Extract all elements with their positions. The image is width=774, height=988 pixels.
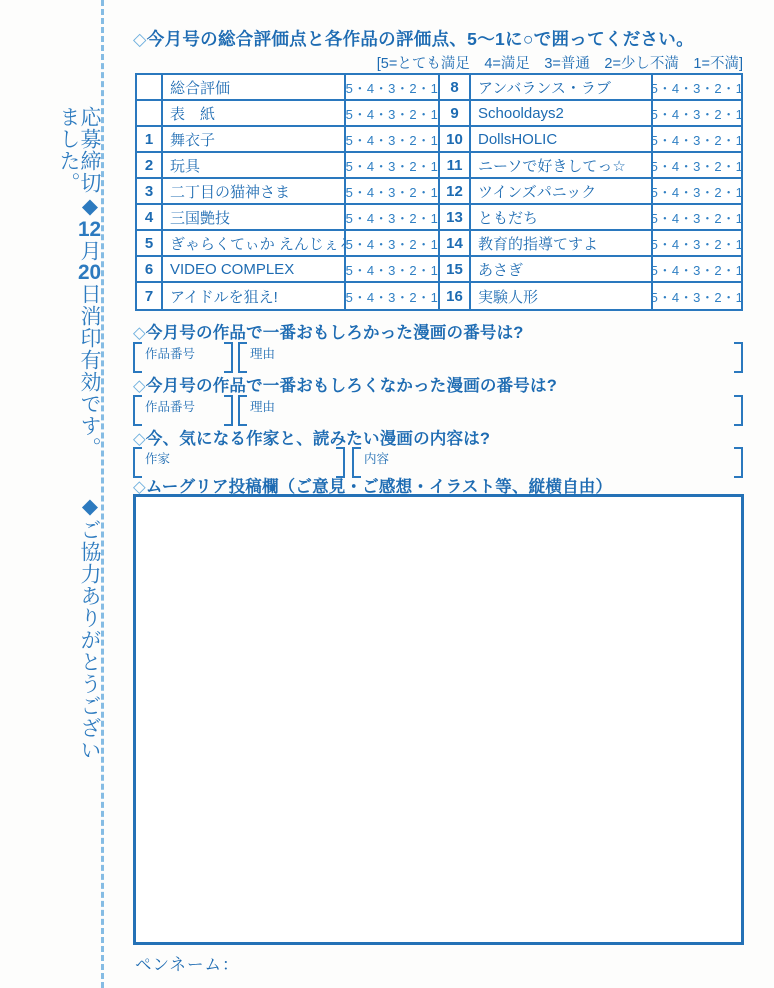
- work-title: 玩具: [163, 153, 346, 177]
- work-title: 教育的指導てすよ: [471, 231, 653, 255]
- table-row: 13ともだち5・4・3・2・1: [440, 205, 741, 231]
- rating-scale[interactable]: 5・4・3・2・1: [346, 205, 438, 229]
- open-bracket: [238, 342, 247, 373]
- rating-scale[interactable]: 5・4・3・2・1: [346, 101, 438, 125]
- table-row: 3二丁目の猫神さま5・4・3・2・1: [137, 179, 438, 205]
- work-title: 舞衣子: [163, 127, 346, 151]
- cut-dashed-line: [101, 0, 104, 988]
- close-bracket: [734, 342, 743, 373]
- table-row: 8アンバランス・ラブ5・4・3・2・1: [440, 75, 741, 101]
- rating-scale[interactable]: 5・4・3・2・1: [653, 205, 741, 229]
- question-author-label: ◇今、気になる作家と、読みたい漫画の内容は?: [133, 425, 490, 449]
- rating-scale[interactable]: 5・4・3・2・1: [653, 179, 741, 203]
- worst-work-reason-field[interactable]: 理由: [238, 395, 743, 426]
- table-row: 4三国艶技5・4・3・2・1: [137, 205, 438, 231]
- table-row: 12ツインズパニック5・4・3・2・1: [440, 179, 741, 205]
- diamond-icon: ◇: [133, 324, 146, 342]
- table-row: 15あさぎ5・4・3・2・1: [440, 257, 741, 283]
- rating-scale[interactable]: 5・4・3・2・1: [346, 179, 438, 203]
- close-bracket: [224, 342, 233, 373]
- work-title: 実験人形: [471, 283, 653, 309]
- work-title: 三国艶技: [163, 205, 346, 229]
- worst-work-number-field[interactable]: 作品番号: [133, 395, 233, 426]
- table-row: 2玩具5・4・3・2・1: [137, 153, 438, 179]
- rating-table-right: 8アンバランス・ラブ5・4・3・2・1 9Schooldays25・4・3・2・…: [438, 73, 743, 311]
- table-row: 総合評価5・4・3・2・1: [137, 75, 438, 101]
- reader-survey-form: 応募締切◆12月20日消印有効です。 ◆ご協力ありがとうございました。 ◇今月号…: [0, 0, 774, 988]
- table-row: 10DollsHOLIC5・4・3・2・1: [440, 127, 741, 153]
- rating-scale[interactable]: 5・4・3・2・1: [653, 257, 741, 281]
- table-row: 表 紙5・4・3・2・1: [137, 101, 438, 127]
- work-title: ぎゃらくてぃか えんじぇる!: [163, 231, 346, 255]
- diamond-icon: ◇: [133, 377, 146, 395]
- work-title: VIDEO COMPLEX: [163, 257, 346, 281]
- open-bracket: [133, 342, 142, 373]
- work-title: DollsHOLIC: [471, 127, 653, 151]
- rating-scale[interactable]: 5・4・3・2・1: [346, 257, 438, 281]
- work-title: 表 紙: [163, 101, 346, 125]
- work-title: 総合評価: [163, 75, 346, 99]
- best-work-number-field[interactable]: 作品番号: [133, 342, 233, 373]
- diamond-icon: ◇: [133, 29, 147, 49]
- rating-scale[interactable]: 5・4・3・2・1: [653, 231, 741, 255]
- rating-legend: [5=とても満足 4=満足 3=普通 2=少し不満 1=不満]: [133, 52, 743, 73]
- table-row: 11ニーソで好きしてっ☆5・4・3・2・1: [440, 153, 741, 179]
- rating-scale[interactable]: 5・4・3・2・1: [346, 283, 438, 309]
- close-bracket: [734, 447, 743, 478]
- rating-table-left: 総合評価5・4・3・2・1 表 紙5・4・3・2・1 1舞衣子5・4・3・2・1…: [135, 73, 438, 311]
- open-bracket: [238, 395, 247, 426]
- table-row: 9Schooldays25・4・3・2・1: [440, 101, 741, 127]
- work-title: アンバランス・ラブ: [471, 75, 653, 99]
- table-row: 5ぎゃらくてぃか えんじぇる!5・4・3・2・1: [137, 231, 438, 257]
- pen-name-label: ペンネーム：: [135, 951, 240, 975]
- work-title: Schooldays2: [471, 101, 653, 125]
- rating-scale[interactable]: 5・4・3・2・1: [653, 101, 741, 125]
- rating-table: 総合評価5・4・3・2・1 表 紙5・4・3・2・1 1舞衣子5・4・3・2・1…: [135, 73, 743, 311]
- table-row: 6VIDEO COMPLEX5・4・3・2・1: [137, 257, 438, 283]
- submission-freeform-box[interactable]: [133, 494, 744, 945]
- work-title: ツインズパニック: [471, 179, 653, 203]
- rating-scale[interactable]: 5・4・3・2・1: [653, 127, 741, 151]
- diamond-icon: ◇: [133, 430, 146, 448]
- rating-scale[interactable]: 5・4・3・2・1: [346, 75, 438, 99]
- rating-scale[interactable]: 5・4・3・2・1: [653, 75, 741, 99]
- table-row: 7アイドルを狙え!5・4・3・2・1: [137, 283, 438, 309]
- open-bracket: [133, 395, 142, 426]
- rating-scale[interactable]: 5・4・3・2・1: [653, 153, 741, 177]
- work-title: 二丁目の猫神さま: [163, 179, 346, 203]
- work-title: ともだち: [471, 205, 653, 229]
- table-row: 1舞衣子5・4・3・2・1: [137, 127, 438, 153]
- work-title: アイドルを狙え!: [163, 283, 346, 309]
- rating-scale[interactable]: 5・4・3・2・1: [653, 283, 741, 309]
- sidebar-vertical-note: 応募締切◆12月20日消印有効です。 ◆ご協力ありがとうございました。: [58, 106, 100, 771]
- best-work-reason-field[interactable]: 理由: [238, 342, 743, 373]
- question-best-label: ◇今月号の作品で一番おもしろかった漫画の番号は?: [133, 319, 524, 343]
- question-worst-label: ◇今月号の作品で一番おもしろくなかった漫画の番号は?: [133, 372, 557, 396]
- close-bracket: [734, 395, 743, 426]
- work-title: あさぎ: [471, 257, 653, 281]
- deadline-note: 応募締切◆12月20日消印有効です。: [78, 106, 101, 459]
- table-row: 14教育的指導てすよ5・4・3・2・1: [440, 231, 741, 257]
- work-title: ニーソで好きしてっ☆: [471, 153, 653, 177]
- close-bracket: [224, 395, 233, 426]
- table-row: 16実験人形5・4・3・2・1: [440, 283, 741, 309]
- form-title: ◇今月号の総合評価点と各作品の評価点、5〜1に○で囲ってください。: [133, 26, 694, 51]
- rating-scale[interactable]: 5・4・3・2・1: [346, 231, 438, 255]
- rating-scale[interactable]: 5・4・3・2・1: [346, 127, 438, 151]
- rating-scale[interactable]: 5・4・3・2・1: [346, 153, 438, 177]
